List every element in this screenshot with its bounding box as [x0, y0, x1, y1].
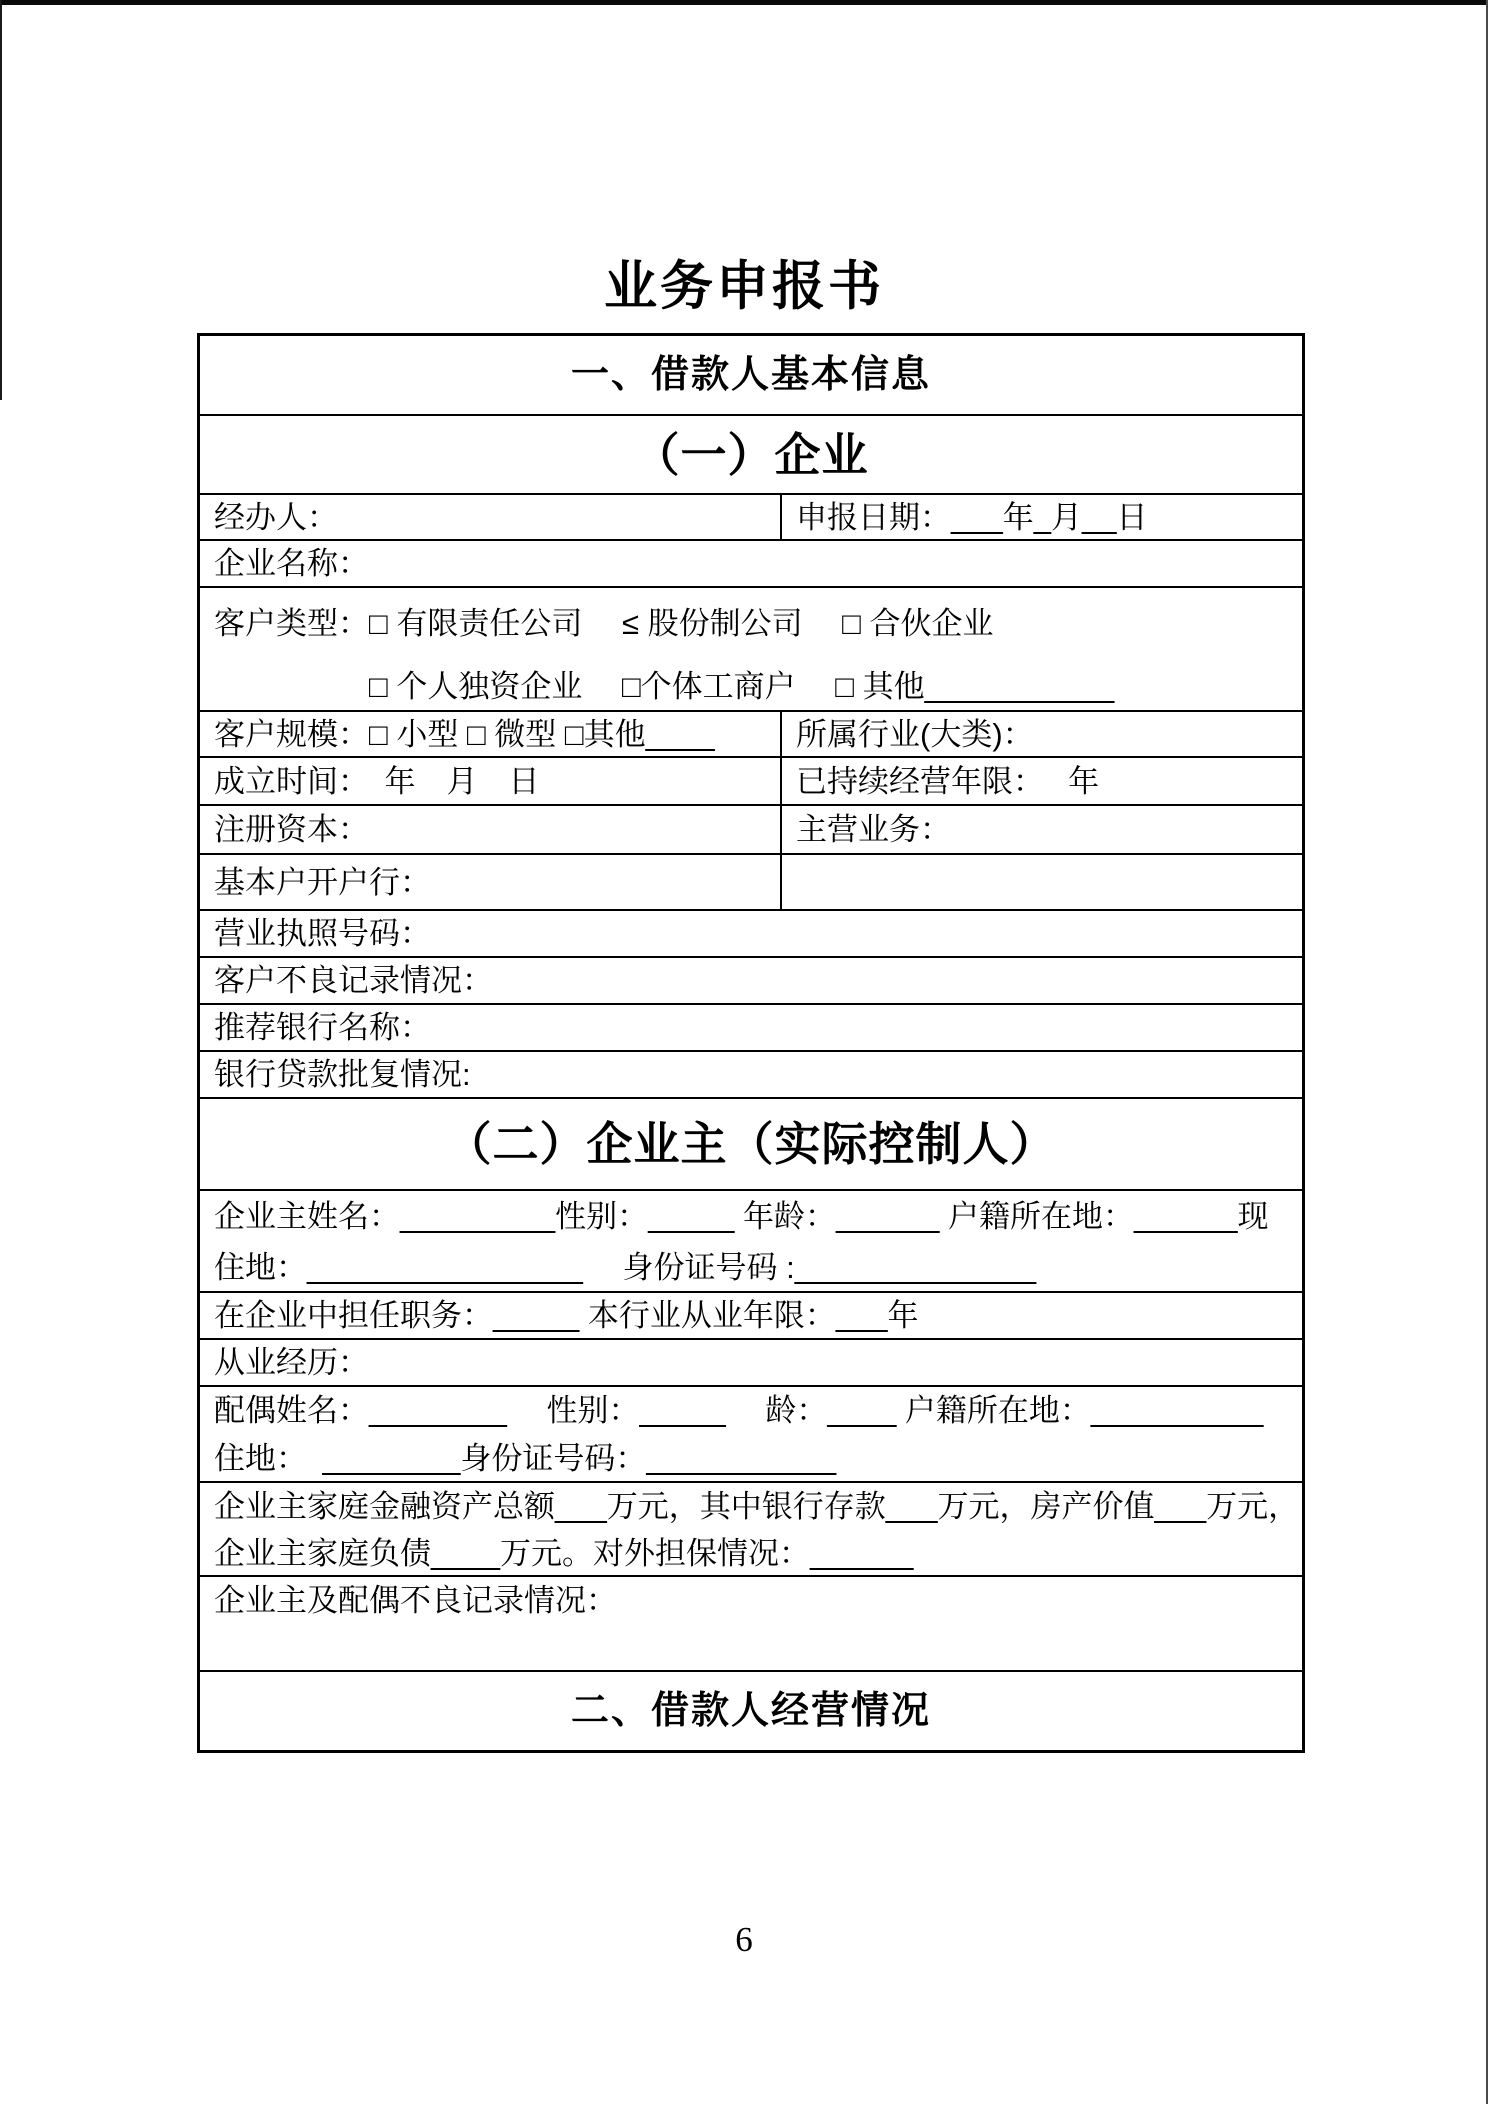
customer-type-line2: □ 个人独资企业 □个体工商户 □ 其他___________ [214, 662, 1302, 712]
row-loan-approval: 银行贷款批复情况: [200, 1052, 1302, 1099]
page-number: 6 [0, 1920, 1488, 1960]
field-main-business: 主营业务： [780, 806, 1302, 853]
field-company-name: 企业名称： [200, 541, 1302, 586]
scan-edge-top [0, 0, 1488, 5]
section-header-label: 一、借款人基本信息 [571, 356, 931, 394]
section-header-label: （二）企业主（实际控制人） [446, 1121, 1057, 1167]
section-header-enterprise: （一）企业 [200, 416, 1302, 495]
field-customer-type: 客户类型：□ 有限责任公司 ≤ 股份制公司 □ 合伙企业 □ 个人独资企业 □个… [200, 588, 1302, 712]
section-header-operation: 二、借款人经营情况 [200, 1672, 1302, 1750]
owner-info-line1: 企业主姓名：_________性别：_____ 年龄：______ 户籍所在地：… [214, 1191, 1302, 1242]
row-spouse-info: 配偶姓名：________ 性别：_____ 龄：____ 户籍所在地：____… [200, 1387, 1302, 1483]
field-handler: 经办人： [200, 495, 780, 539]
field-basic-bank: 基本户开户行： [200, 855, 780, 909]
row-license-no: 营业执照号码： [200, 911, 1302, 958]
row-owner-spouse-record: 企业主及配偶不良记录情况： [200, 1577, 1302, 1672]
field-recommend-bank: 推荐银行名称： [200, 1005, 1302, 1050]
row-position: 在企业中担任职务：_____ 本行业从业年限：___年 [200, 1293, 1302, 1340]
row-recommend-bank: 推荐银行名称： [200, 1005, 1302, 1052]
row-customer-type: 客户类型：□ 有限责任公司 ≤ 股份制公司 □ 合伙企业 □ 个人独资企业 □个… [200, 588, 1302, 712]
document-page: 业务申报书 一、借款人基本信息 （一）企业 经办人： 申报日期：___年_月__… [0, 0, 1488, 2104]
field-customer-bad-record: 客户不良记录情况： [200, 958, 1302, 1003]
row-basic-bank: 基本户开户行： [200, 855, 1302, 911]
spouse-info-line1: 配偶姓名：________ 性别：_____ 龄：____ 户籍所在地：____… [214, 1387, 1302, 1435]
family-assets-line2: 企业主家庭负债____万元。对外担保情况：______ [214, 1530, 1302, 1577]
section-header-borrower-basic-info: 一、借款人基本信息 [200, 336, 1302, 416]
field-customer-scale: 客户规模：□ 小型 □ 微型 □其他____ [200, 712, 780, 756]
field-position: 在企业中担任职务：_____ 本行业从业年限：___年 [200, 1293, 1302, 1338]
family-assets-line1: 企业主家庭金融资产总额___万元，其中银行存款___万元，房产价值___万元， [214, 1483, 1302, 1530]
spouse-info-line2: 住地： ________身份证号码：___________ [214, 1435, 1302, 1483]
section-header-label: 二、借款人经营情况 [571, 1692, 931, 1730]
row-scale-industry: 客户规模：□ 小型 □ 微型 □其他____ 所属行业(大类)： [200, 712, 1302, 758]
field-owner-info: 企业主姓名：_________性别：_____ 年龄：______ 户籍所在地：… [200, 1191, 1302, 1293]
field-operating-years: 已持续经营年限： 年 [780, 758, 1302, 804]
row-owner-info: 企业主姓名：_________性别：_____ 年龄：______ 户籍所在地：… [200, 1191, 1302, 1293]
row-family-assets: 企业主家庭金融资产总额___万元，其中银行存款___万元，房产价值___万元， … [200, 1483, 1302, 1577]
row-handler-date: 经办人： 申报日期：___年_月__日 [200, 495, 1302, 541]
row-customer-bad-record: 客户不良记录情况： [200, 958, 1302, 1005]
section-header-label: （一）企业 [634, 432, 869, 478]
field-spouse-info: 配偶姓名：________ 性别：_____ 龄：____ 户籍所在地：____… [200, 1387, 1302, 1483]
field-basic-bank-empty [780, 855, 1302, 909]
field-industry: 所属行业(大类)： [780, 712, 1302, 756]
row-capital-business: 注册资本： 主营业务： [200, 806, 1302, 855]
section-header-owner: （二）企业主（实际控制人） [200, 1099, 1302, 1191]
field-declare-date: 申报日期：___年_月__日 [780, 495, 1302, 539]
scan-edge-left [0, 0, 2, 400]
row-company-name: 企业名称： [200, 541, 1302, 588]
field-loan-approval: 银行贷款批复情况: [200, 1052, 1302, 1097]
row-experience: 从业经历： [200, 1340, 1302, 1387]
field-experience: 从业经历： [200, 1340, 1302, 1385]
field-established-date: 成立时间： 年 月 日 [200, 758, 780, 804]
field-license-no: 营业执照号码： [200, 911, 1302, 956]
row-established-years: 成立时间： 年 月 日 已持续经营年限： 年 [200, 758, 1302, 806]
document-title: 业务申报书 [0, 244, 1488, 320]
field-family-assets: 企业主家庭金融资产总额___万元，其中银行存款___万元，房产价值___万元， … [200, 1483, 1302, 1577]
owner-info-line2: 住地：________________ 身份证号码 :_____________… [214, 1242, 1302, 1293]
application-form-table: 一、借款人基本信息 （一）企业 经办人： 申报日期：___年_月__日 企业名称… [197, 333, 1305, 1753]
field-owner-spouse-record: 企业主及配偶不良记录情况： [200, 1577, 1302, 1670]
customer-type-line1: 客户类型：□ 有限责任公司 ≤ 股份制公司 □ 合伙企业 [214, 599, 1302, 649]
field-registered-capital: 注册资本： [200, 806, 780, 853]
